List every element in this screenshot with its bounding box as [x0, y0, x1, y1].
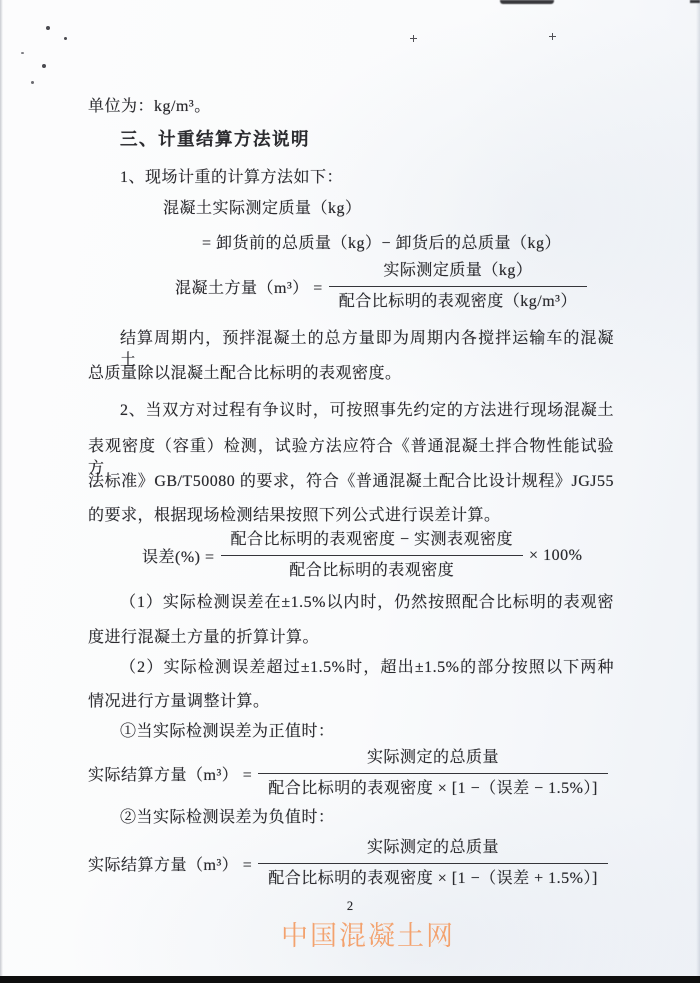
scan-speck — [21, 52, 24, 54]
fraction-numerator: 实际测定的总质量 — [258, 746, 608, 773]
fraction: 配合比标明的表观密度 − 实测表观密度 配合比标明的表观密度 — [221, 528, 524, 583]
scanned-document-page: 单位为：kg/m³。 三、计重结算方法说明 1、现场计重的计算方法如下： 混凝土… — [0, 0, 700, 983]
scan-corner-smudge — [690, 0, 700, 3]
scan-top-smudge — [500, 0, 554, 4]
formula-suffix: × 100% — [529, 547, 582, 565]
item1-label: 1、现场计重的计算方法如下： — [120, 167, 343, 189]
formula-concrete-volume: 混凝土方量（m³） = 实际测定质量（kg） 配合比标明的表观密度（kg/m³） — [175, 259, 587, 314]
scan-speck — [42, 64, 46, 68]
scan-speck — [46, 26, 50, 30]
fraction-numerator: 配合比标明的表观密度 − 实测表观密度 — [221, 528, 524, 555]
fraction-denominator: 配合比标明的表观密度 × [1 −（误差 − 1.5%）] — [258, 773, 608, 801]
page-number: 2 — [0, 899, 700, 914]
formula-lhs: 混凝土方量（m³） = — [175, 275, 323, 298]
item2-line3: 法标准》GB/T50080 的要求，符合《普通混凝土配合比设计规程》JGJ55 — [88, 471, 614, 493]
scan-right-edge-shadow — [696, 0, 700, 983]
sub-item2-line1: （2）实际检测误差超过±1.5%时，超出±1.5%的部分按照以下两种 — [120, 657, 614, 679]
equation-line1: 混凝土实际测定质量（kg） — [163, 198, 362, 220]
fraction-numerator: 实际测定的总质量 — [258, 836, 608, 863]
section-heading: 三、计重结算方法说明 — [120, 128, 310, 150]
item2-line1: 2、当双方对过程有争议时，可按照事先约定的方法进行现场混凝土 — [120, 400, 614, 422]
fraction: 实际测定质量（kg） 配合比标明的表观密度（kg/m³） — [329, 259, 587, 314]
fraction-denominator: 配合比标明的表观密度（kg/m³） — [329, 286, 587, 314]
case-negative-label: ②当实际检测误差为负值时： — [120, 807, 335, 829]
fraction: 实际测定的总质量 配合比标明的表观密度 × [1 −（误差 + 1.5%）] — [258, 836, 608, 891]
item2-line4: 的要求，根据现场检测结果按照下列公式进行误差计算。 — [88, 505, 501, 527]
formula-settlement-negative: 实际结算方量（m³） = 实际测定的总质量 配合比标明的表观密度 × [1 −（… — [88, 836, 608, 891]
equation-line2: = 卸货前的总质量（kg）− 卸货后的总质量（kg） — [202, 233, 561, 255]
fraction-denominator: 配合比标明的表观密度 — [221, 555, 524, 583]
fraction-numerator: 实际测定质量（kg） — [329, 259, 587, 286]
scan-cross-mark — [410, 35, 417, 42]
case-positive-label: ①当实际检测误差为正值时： — [120, 721, 335, 743]
scan-bottom-edge-bar — [0, 976, 700, 983]
scan-left-edge-shadow — [0, 0, 3, 983]
scan-speck — [31, 81, 34, 84]
fraction-denominator: 配合比标明的表观密度 × [1 −（误差 + 1.5%）] — [258, 863, 608, 891]
scan-speck — [64, 37, 67, 40]
formula-lhs: 实际结算方量（m³） = — [88, 852, 252, 875]
formula-lhs: 误差(%) = — [142, 544, 215, 567]
sub-item1-line1: （1）实际检测误差在±1.5%以内时，仍然按照配合比标明的表观密 — [120, 592, 614, 614]
scan-cross-mark — [549, 33, 556, 40]
formula-settlement-positive: 实际结算方量（m³） = 实际测定的总质量 配合比标明的表观密度 × [1 −（… — [88, 746, 608, 801]
fraction: 实际测定的总质量 配合比标明的表观密度 × [1 −（误差 − 1.5%）] — [258, 746, 608, 801]
paragraph1-line2: 总质量除以混凝土配合比标明的表观密度。 — [88, 363, 402, 385]
sub-item2-line2: 情况进行方量调整计算。 — [88, 691, 270, 713]
watermark-china-concrete-net: 中国混凝土网 — [281, 920, 455, 952]
formula-error-percent: 误差(%) = 配合比标明的表观密度 − 实测表观密度 配合比标明的表观密度 ×… — [142, 528, 582, 583]
unit-note: 单位为：kg/m³。 — [88, 96, 211, 118]
sub-item1-line2: 度进行混凝土方量的折算计算。 — [88, 627, 319, 649]
formula-lhs: 实际结算方量（m³） = — [88, 762, 252, 785]
